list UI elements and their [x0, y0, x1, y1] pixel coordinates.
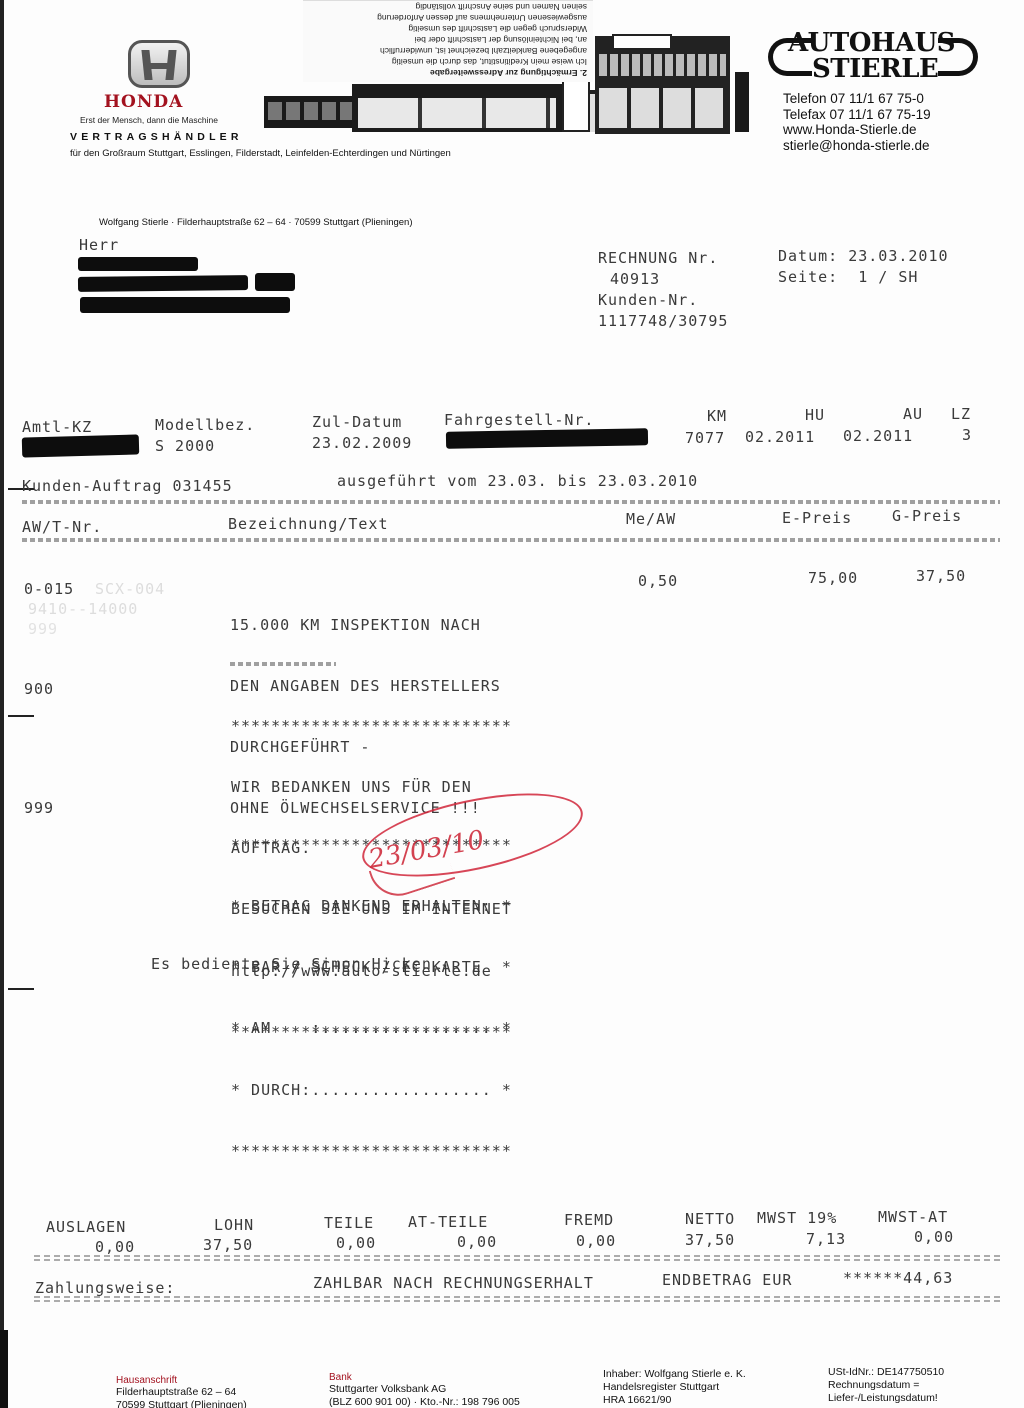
footer-line: Liefer-/Leistungsdatum!: [828, 1392, 944, 1405]
total-value: 0,00: [576, 1232, 616, 1250]
footer-owner: Inhaber: Wolfgang Stierle e. K. Handelsr…: [603, 1368, 746, 1407]
redaction-bar: [446, 428, 648, 449]
footer-line: (BLZ 600 901 00) · Kto.-Nr.: 198 796 005: [329, 1396, 520, 1408]
col-total: G-Preis: [892, 507, 962, 525]
total-header: AUSLAGEN: [46, 1218, 126, 1236]
company-name-bottom: STIERLE: [812, 54, 938, 84]
footer-line: Inhaber: Wolfgang Stierle e. K.: [603, 1368, 746, 1381]
divider: [22, 538, 1000, 542]
autohaus-stierle-logo: AUTOHAUS STIERLE: [768, 28, 978, 86]
total-value: 0,00: [336, 1234, 376, 1252]
order-executed: ausgeführt vom 23.03. bis 23.03.2010: [337, 472, 698, 490]
served-by: Es bediente Sie Simon Hicken: [151, 955, 432, 973]
header-plate: Amtl-KZ: [22, 418, 92, 436]
header-km: KM: [707, 407, 727, 425]
divider: [22, 500, 1000, 504]
redaction-bar: [80, 297, 290, 313]
ghost-code: 999: [28, 620, 58, 638]
vehicle-model: S 2000: [155, 437, 215, 455]
header-lz: LZ: [951, 405, 971, 423]
total-value: 7,13: [806, 1230, 846, 1248]
invoice-date: 23.03.2010: [848, 247, 948, 265]
vehicle-reg-date: 23.02.2009: [312, 434, 412, 452]
item-line: ****************************: [231, 716, 512, 736]
total-header: MWST-AT: [878, 1208, 948, 1226]
page-number: 1 / SH: [858, 268, 918, 286]
building-illustration: [612, 34, 672, 48]
item-line: * DURCH:.................. *: [231, 1080, 512, 1100]
date-label: Datum:: [778, 247, 838, 265]
item-code: 0-015: [24, 580, 74, 598]
col-description: Bezeichnung/Text: [228, 515, 389, 533]
website-link[interactable]: www.Honda-Stierle.de: [783, 122, 931, 138]
notice-line: angegebene Bankleitzahl bezeichnet ist, …: [309, 45, 587, 56]
item-line: ****************************: [231, 1141, 512, 1161]
ghost-code: SCX-004: [95, 580, 165, 598]
sender-line: Wolfgang Stierle · Filderhauptstraße 62 …: [99, 217, 413, 228]
notice-line: seinen Namen und seine Anschrift vollstä…: [309, 1, 587, 12]
phone: Telefon 07 11/1 67 75-0: [783, 91, 931, 107]
col-unit-price: E-Preis: [782, 509, 852, 527]
notice-line: an, bei Nichteinlösung der Lastschrift o…: [309, 34, 587, 45]
customer-number: 1117748/30795: [598, 311, 728, 332]
item-line: * BETRAG DANKEND ERHALTEN: *: [231, 896, 512, 916]
vehicle-au: 02.2011: [843, 427, 913, 445]
footer-line: USt-IdNr.: DE147750510: [828, 1366, 944, 1379]
total-header: TEILE: [324, 1214, 374, 1232]
ghost-code: 9410--14000: [28, 600, 138, 618]
redaction-bar: [78, 257, 198, 271]
header-reg-date: Zul-Datum: [312, 413, 402, 431]
vehicle-hu: 02.2011: [745, 428, 815, 446]
divider: [230, 662, 336, 666]
building-illustration: [352, 84, 562, 132]
contact-block: Telefon 07 11/1 67 75-0 Telefax 07 11/1 …: [783, 91, 931, 153]
fold-mark: [8, 715, 34, 717]
item-code: 999: [24, 799, 54, 817]
vehicle-lz: 3: [962, 426, 972, 444]
redaction-bar: [78, 275, 248, 292]
invoice-label: RECHNUNG Nr.: [598, 248, 728, 269]
upside-down-notice: 2. Ermächtigung zur Adressweitergabe Ich…: [303, 0, 593, 82]
col-code: AW/T-Nr.: [22, 518, 102, 536]
brand-name: HONDA: [104, 92, 183, 112]
footer-line: Rechnungsdatum =: [828, 1379, 944, 1392]
divider: [34, 1255, 1000, 1261]
invoice-meta: RECHNUNG Nr. 40913 Kunden-Nr. 1117748/30…: [598, 248, 728, 332]
item-qty: 0,50: [638, 572, 678, 590]
item-line: * AM :................. *: [231, 1018, 512, 1038]
email-link[interactable]: stierle@honda-stierle.de: [783, 138, 931, 154]
building-illustration: [595, 36, 730, 134]
total-value: 37,50: [685, 1231, 735, 1249]
total-header: NETTO: [685, 1210, 735, 1228]
scan-edge: [0, 0, 4, 1408]
final-amount: ******44,63: [843, 1269, 953, 1287]
notice-line: Ich weise mein Kreditinstitut, das durch…: [309, 56, 587, 67]
fold-mark: [8, 988, 34, 990]
building-illustration: [562, 80, 590, 132]
date-meta: Datum: 23.03.2010 Seite: 1 / SH: [778, 246, 949, 288]
divider: [34, 1296, 1000, 1302]
header-au: AU: [903, 405, 923, 423]
redaction-bar: [22, 434, 139, 457]
payment-terms: ZAHLBAR NACH RECHNUNGSERHALT: [313, 1274, 594, 1292]
brand-slogan: Erst der Mensch, dann die Maschine: [80, 115, 218, 125]
footer-line: 70599 Stuttgart (Plieningen): [116, 1399, 247, 1408]
invoice-number: 40913: [598, 269, 728, 290]
total-value: 37,50: [203, 1236, 253, 1254]
total-header: LOHN: [214, 1216, 254, 1234]
header-vin: Fahrgestell-Nr.: [444, 411, 594, 429]
honda-flag-icon: [735, 72, 749, 132]
footer-line: Stuttgarter Volksbank AG: [329, 1383, 520, 1396]
total-value: 0,00: [457, 1233, 497, 1251]
redaction-bar: [255, 273, 295, 291]
fax: Telefax 07 11/1 67 75-19: [783, 107, 931, 123]
dealer-type: VERTRAGSHÄNDLER: [70, 131, 243, 143]
total-header: MWST 19%: [757, 1209, 837, 1227]
honda-emblem-icon: [128, 40, 190, 88]
dealer-region: für den Großraum Stuttgart, Esslingen, F…: [70, 148, 451, 159]
notice-line: ausgewiesenen Unternehmens auf dessen An…: [309, 12, 587, 23]
total-value: 0,00: [95, 1238, 135, 1256]
item-unit-price: 75,00: [808, 569, 858, 587]
total-value: 0,00: [914, 1228, 954, 1246]
customer-label: Kunden-Nr.: [598, 290, 728, 311]
notice-line: Widerspruch gegen die Lastschrift des um…: [309, 23, 587, 34]
header-model: Modellbez.: [155, 416, 255, 434]
scan-edge: [0, 1330, 8, 1408]
item-code: 900: [24, 680, 54, 698]
vehicle-km: 7077: [685, 429, 725, 447]
footer-bank: Bank Stuttgarter Volksbank AG (BLZ 600 9…: [329, 1372, 520, 1408]
footer-address: Hausanschrift Filderhauptstraße 62 – 64 …: [116, 1375, 247, 1408]
col-qty: Me/AW: [626, 510, 676, 528]
total-header: AT-TEILE: [408, 1213, 488, 1231]
header-hu: HU: [805, 406, 825, 424]
footer-line: Handelsregister Stuttgart: [603, 1381, 746, 1394]
footer-line: Filderhauptstraße 62 – 64: [116, 1386, 247, 1399]
total-header: FREMD: [564, 1211, 614, 1229]
item-total: 37,50: [916, 567, 966, 585]
final-label: ENDBETRAG EUR: [662, 1271, 792, 1289]
footer-address-head: Hausanschrift: [116, 1375, 247, 1386]
page-label: Seite:: [778, 268, 838, 286]
footer-bank-head: Bank: [329, 1372, 520, 1383]
order-label: Kunden-Auftrag 031455: [22, 477, 233, 495]
item-line: 15.000 KM INSPEKTION NACH: [230, 615, 501, 635]
notice-title: 2. Ermächtigung zur Adressweitergabe: [309, 67, 587, 78]
footer-tax: USt-IdNr.: DE147750510 Rechnungsdatum = …: [828, 1366, 944, 1405]
recipient-salutation: Herr: [79, 236, 119, 254]
payment-label: Zahlungsweise:: [35, 1279, 175, 1297]
footer-line: HRA 16621/90: [603, 1394, 746, 1407]
